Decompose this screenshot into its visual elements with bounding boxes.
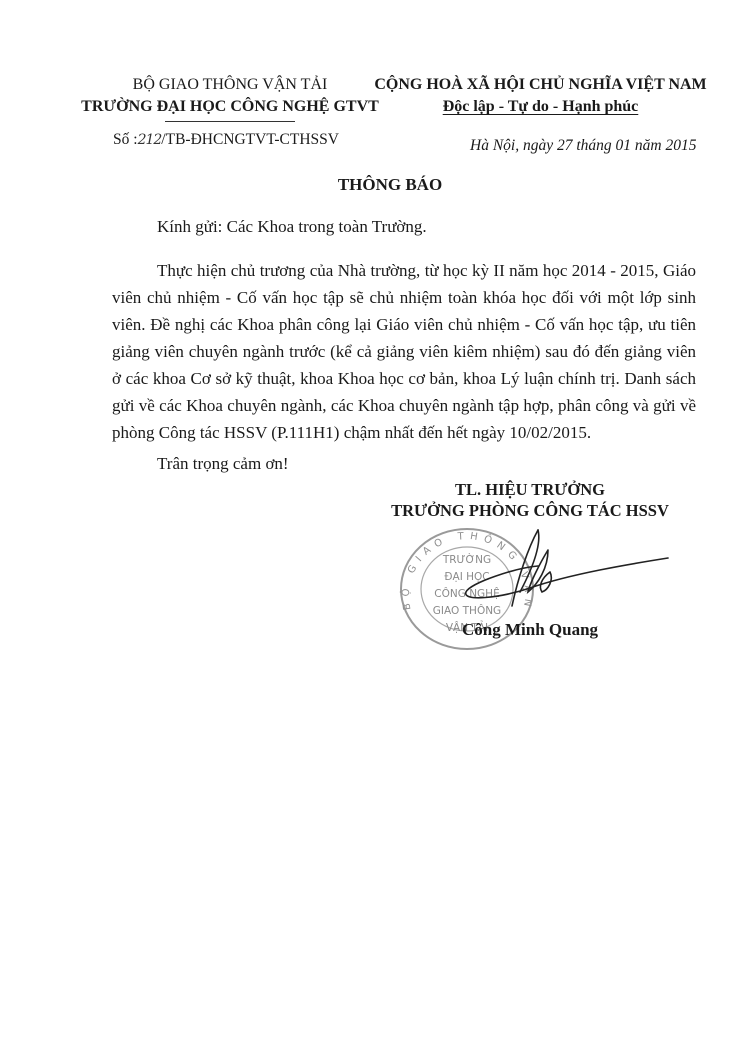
header-left-divider (165, 121, 295, 122)
signature-title-line2: TRƯỞNG PHÒNG CÔNG TÁC HSSV (380, 500, 680, 521)
nation-name: CỘNG HOÀ XÃ HỘI CHỦ NGHĨA VIỆT NAM (368, 74, 713, 96)
handwritten-signature-icon (430, 528, 670, 628)
document-title: THÔNG BÁO (0, 175, 750, 195)
place-date: Hà Nội, ngày 27 tháng 01 năm 2015 (470, 137, 696, 155)
signature-title-line1: TL. HIỆU TRƯỞNG (380, 479, 680, 500)
handwritten-number: 212 (138, 132, 162, 148)
national-motto: Độc lập - Tự do - Hạnh phúc (368, 96, 713, 118)
school-name: TRƯỜNG ĐẠI HỌC CÔNG NGHỆ GTVT (80, 96, 380, 118)
body-paragraph: Thực hiện chủ trương của Nhà trường, từ … (112, 257, 696, 446)
signature-title-block: TL. HIỆU TRƯỞNG TRƯỞNG PHÒNG CÔNG TÁC HS… (380, 479, 680, 521)
recipient-line: Kính gửi: Các Khoa trong toàn Trường. (157, 217, 427, 237)
document-number-suffix: /TB-ĐHCNGTVT-CTHSSV (161, 131, 339, 148)
issuer-header: BỘ GIAO THÔNG VẬN TẢI TRƯỜNG ĐẠI HỌC CÔN… (80, 74, 380, 122)
document-number-prefix: Số : (113, 131, 138, 148)
national-header: CỘNG HOÀ XÃ HỘI CHỦ NGHĨA VIỆT NAM Độc l… (368, 74, 713, 118)
document-number: Số :212/TB-ĐHCNGTVT-CTHSSV (113, 131, 339, 149)
ministry-name: BỘ GIAO THÔNG VẬN TẢI (80, 74, 380, 96)
signer-name: Công Minh Quang (462, 620, 598, 640)
closing-line: Trân trọng cảm ơn! (157, 454, 289, 474)
